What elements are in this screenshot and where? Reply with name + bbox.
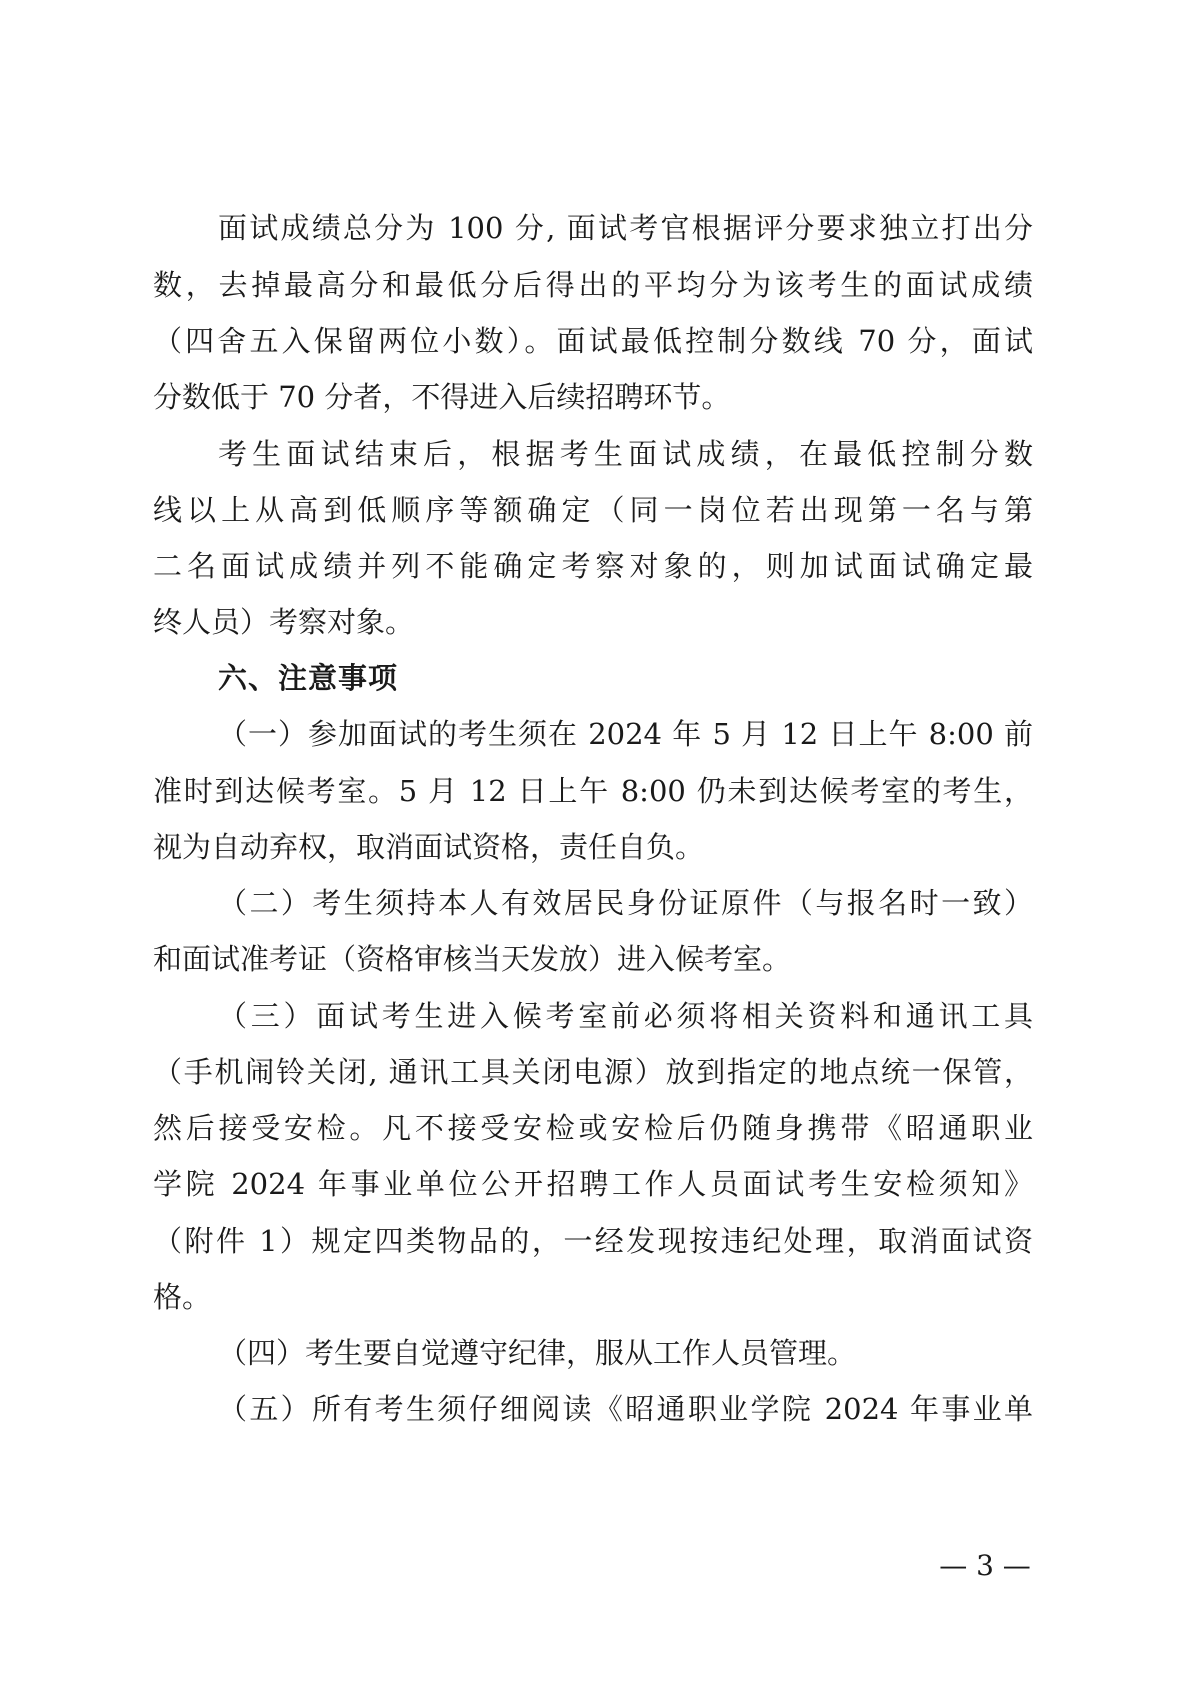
notice-item-3-line-2: （手机闹铃关闭, 通讯工具关闭电源）放到指定的地点统一保管， bbox=[153, 1052, 1033, 1092]
notice-item-3-line-6: 格。 bbox=[153, 1277, 1033, 1317]
notice-item-3-line-4: 学院 2024 年事业单位公开招聘工作人员面试考生安检须知》 bbox=[153, 1164, 1033, 1204]
paragraph-selection-line-3: 二名面试成绩并列不能确定考察对象的，则加试面试确定最 bbox=[153, 546, 1033, 586]
notice-item-1-line-3: 视为自动弃权，取消面试资格，责任自负。 bbox=[153, 827, 1033, 867]
notice-item-2-line-2: 和面试准考证（资格审核当天发放）进入候考室。 bbox=[153, 939, 1033, 979]
document-page: 面试成绩总分为 100 分, 面试考官根据评分要求独立打出分 数，去掉最高分和最… bbox=[0, 0, 1191, 1684]
notice-item-2-line-1: （二）考生须持本人有效居民身份证原件（与报名时一致） bbox=[218, 883, 1033, 923]
notice-item-3-line-3: 然后接受安检。凡不接受安检或安检后仍随身携带《昭通职业 bbox=[153, 1108, 1033, 1148]
section-heading: 六、注意事项 bbox=[218, 658, 398, 698]
notice-item-4-line-1: （四）考生要自觉遵守纪律，服从工作人员管理。 bbox=[218, 1333, 1033, 1373]
paragraph-scoring-line-4: 分数低于 70 分者，不得进入后续招聘环节。 bbox=[153, 377, 1033, 417]
notice-item-1-line-2: 准时到达候考室。5 月 12 日上午 8:00 仍未到达候考室的考生， bbox=[153, 771, 1033, 811]
paragraph-selection-line-1: 考生面试结束后，根据考生面试成绩，在最低控制分数 bbox=[218, 434, 1033, 474]
paragraph-scoring-line-1: 面试成绩总分为 100 分, 面试考官根据评分要求独立打出分 bbox=[218, 208, 1033, 248]
page-number: — 3 — bbox=[930, 1548, 1040, 1584]
notice-item-1-line-1: （一）参加面试的考生须在 2024 年 5 月 12 日上午 8:00 前 bbox=[218, 714, 1033, 754]
paragraph-selection-line-4: 终人员）考察对象。 bbox=[153, 602, 1033, 642]
paragraph-selection-line-2: 线以上从高到低顺序等额确定（同一岗位若出现第一名与第 bbox=[153, 490, 1033, 530]
paragraph-scoring-line-3: （四舍五入保留两位小数）。面试最低控制分数线 70 分，面试 bbox=[153, 321, 1033, 361]
notice-item-3-line-1: （三）面试考生进入候考室前必须将相关资料和通讯工具 bbox=[218, 996, 1033, 1036]
notice-item-5-line-1: （五）所有考生须仔细阅读《昭通职业学院 2024 年事业单 bbox=[218, 1389, 1033, 1429]
paragraph-scoring-line-2: 数，去掉最高分和最低分后得出的平均分为该考生的面试成绩 bbox=[153, 265, 1033, 305]
notice-item-3-line-5: （附件 1）规定四类物品的，一经发现按违纪处理，取消面试资 bbox=[153, 1221, 1033, 1261]
